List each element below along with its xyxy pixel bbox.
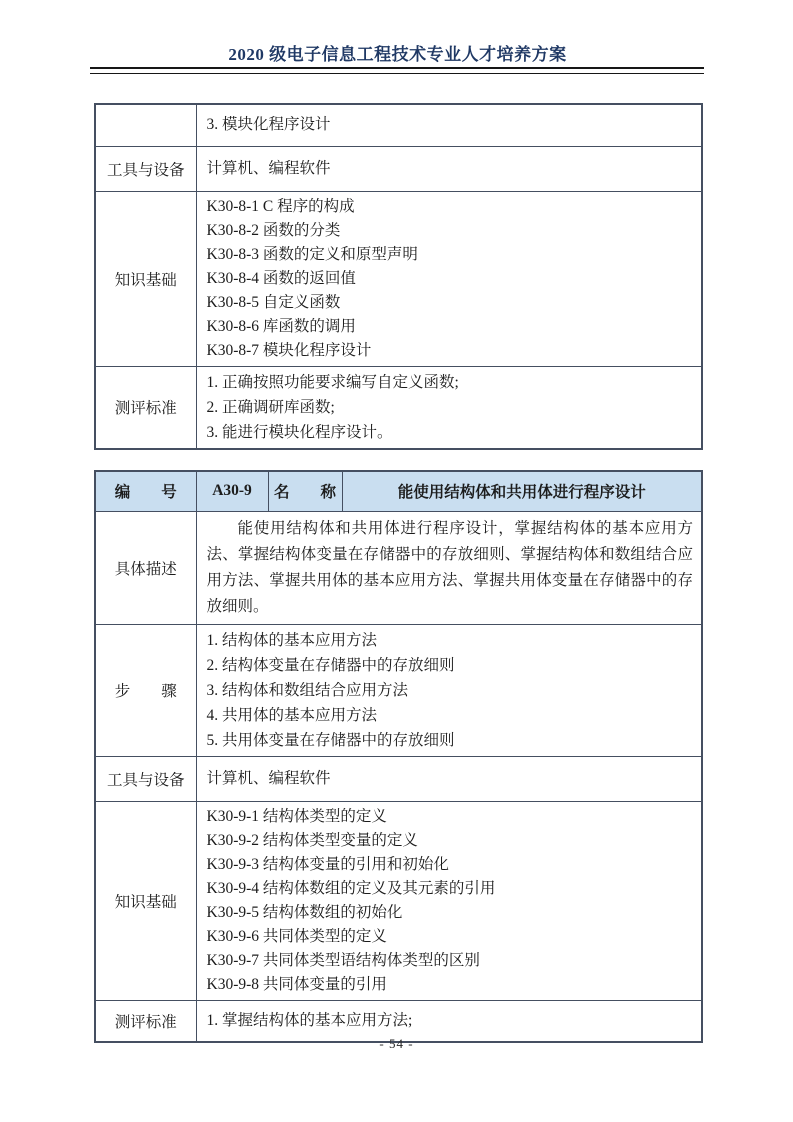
row-label [95, 104, 196, 146]
name-value-cell: 能使用结构体和共用体进行程序设计 [342, 471, 702, 511]
content-line: 计算机、编程软件 [207, 157, 694, 181]
content-line: K30-9-8 共同体变量的引用 [207, 973, 694, 997]
content-line: 1. 正确按照功能要求编写自定义函数; [207, 370, 694, 395]
content-line: K30-9-5 结构体数组的初始化 [207, 901, 694, 925]
row-label: 知识基础 [95, 801, 196, 1000]
row-label: 知识基础 [95, 191, 196, 366]
content-line: 1. 掌握结构体的基本应用方法; [207, 1009, 694, 1033]
content-line: K30-8-1 C 程序的构成 [207, 195, 694, 219]
row-content: 能使用结构体和共用体进行程序设计，掌握结构体的基本应用方法、掌握结构体变量在存储… [196, 511, 702, 624]
row-label: 具体描述 [95, 511, 196, 624]
document-page: 2020 级电子信息工程技术专业人才培养方案 3. 模块化程序设计 工具与设备 … [0, 0, 793, 1122]
table-header-row: 编 号 A30-9 名 称 能使用结构体和共用体进行程序设计 [95, 471, 702, 511]
content-line: 1. 结构体的基本应用方法 [207, 628, 694, 653]
content-line: K30-8-3 函数的定义和原型声明 [207, 243, 694, 267]
content-line: 3. 结构体和数组结合应用方法 [207, 678, 694, 703]
content-line: 2. 正确调研库函数; [207, 395, 694, 420]
description-paragraph: 能使用结构体和共用体进行程序设计，掌握结构体的基本应用方法、掌握结构体变量在存储… [207, 515, 694, 621]
content-line: 计算机、编程软件 [207, 767, 694, 791]
table-row: 工具与设备 计算机、编程软件 [95, 756, 702, 801]
row-content: 1. 结构体的基本应用方法 2. 结构体变量在存储器中的存放细则 3. 结构体和… [196, 624, 702, 756]
row-label: 工具与设备 [95, 756, 196, 801]
row-content: 计算机、编程软件 [196, 756, 702, 801]
content-line: 4. 共用体的基本应用方法 [207, 703, 694, 728]
content-line: 3. 能进行模块化程序设计。 [207, 420, 694, 445]
content-line: K30-9-2 结构体类型变量的定义 [207, 829, 694, 853]
header-divider [90, 67, 704, 74]
row-content: K30-9-1 结构体类型的定义 K30-9-2 结构体类型变量的定义 K30-… [196, 801, 702, 1000]
table-row: 步 骤 1. 结构体的基本应用方法 2. 结构体变量在存储器中的存放细则 3. … [95, 624, 702, 756]
content-line: K30-8-5 自定义函数 [207, 291, 694, 315]
row-label: 步 骤 [95, 624, 196, 756]
content-line: 3. 模块化程序设计 [207, 113, 694, 137]
content-line: K30-9-3 结构体变量的引用和初始化 [207, 853, 694, 877]
page-title: 2020 级电子信息工程技术专业人才培养方案 [94, 40, 701, 65]
row-label: 工具与设备 [95, 146, 196, 191]
row-label: 测评标准 [95, 366, 196, 449]
code-label-cell: 编 号 [95, 471, 196, 511]
row-content: 计算机、编程软件 [196, 146, 702, 191]
name-label-cell: 名 称 [268, 471, 342, 511]
content-line: K30-8-6 库函数的调用 [207, 315, 694, 339]
row-content: 3. 模块化程序设计 [196, 104, 702, 146]
row-content: 1. 正确按照功能要求编写自定义函数; 2. 正确调研库函数; 3. 能进行模块… [196, 366, 702, 449]
task-table-a30-8: 3. 模块化程序设计 工具与设备 计算机、编程软件 知识基础 K30-8-1 C… [94, 103, 703, 450]
table-row: 工具与设备 计算机、编程软件 [95, 146, 702, 191]
table-row: 知识基础 K30-9-1 结构体类型的定义 K30-9-2 结构体类型变量的定义… [95, 801, 702, 1000]
content-line: K30-8-7 模块化程序设计 [207, 339, 694, 363]
content-line: K30-9-4 结构体数组的定义及其元素的引用 [207, 877, 694, 901]
page-number: - 54 - [0, 1036, 793, 1052]
content-line: K30-8-4 函数的返回值 [207, 267, 694, 291]
content-line: K30-9-1 结构体类型的定义 [207, 805, 694, 829]
content-line: K30-9-7 共同体类型语结构体类型的区别 [207, 949, 694, 973]
code-value-cell: A30-9 [196, 471, 268, 511]
task-table-a30-9: 编 号 A30-9 名 称 能使用结构体和共用体进行程序设计 具体描述 能使用结… [94, 470, 703, 1043]
table-row: 具体描述 能使用结构体和共用体进行程序设计，掌握结构体的基本应用方法、掌握结构体… [95, 511, 702, 624]
table-row: 知识基础 K30-8-1 C 程序的构成 K30-8-2 函数的分类 K30-8… [95, 191, 702, 366]
table-row: 3. 模块化程序设计 [95, 104, 702, 146]
table-row: 测评标准 1. 正确按照功能要求编写自定义函数; 2. 正确调研库函数; 3. … [95, 366, 702, 449]
content-line: K30-9-6 共同体类型的定义 [207, 925, 694, 949]
content-line: K30-8-2 函数的分类 [207, 219, 694, 243]
content-line: 5. 共用体变量在存储器中的存放细则 [207, 728, 694, 753]
row-content: K30-8-1 C 程序的构成 K30-8-2 函数的分类 K30-8-3 函数… [196, 191, 702, 366]
content-line: 2. 结构体变量在存储器中的存放细则 [207, 653, 694, 678]
